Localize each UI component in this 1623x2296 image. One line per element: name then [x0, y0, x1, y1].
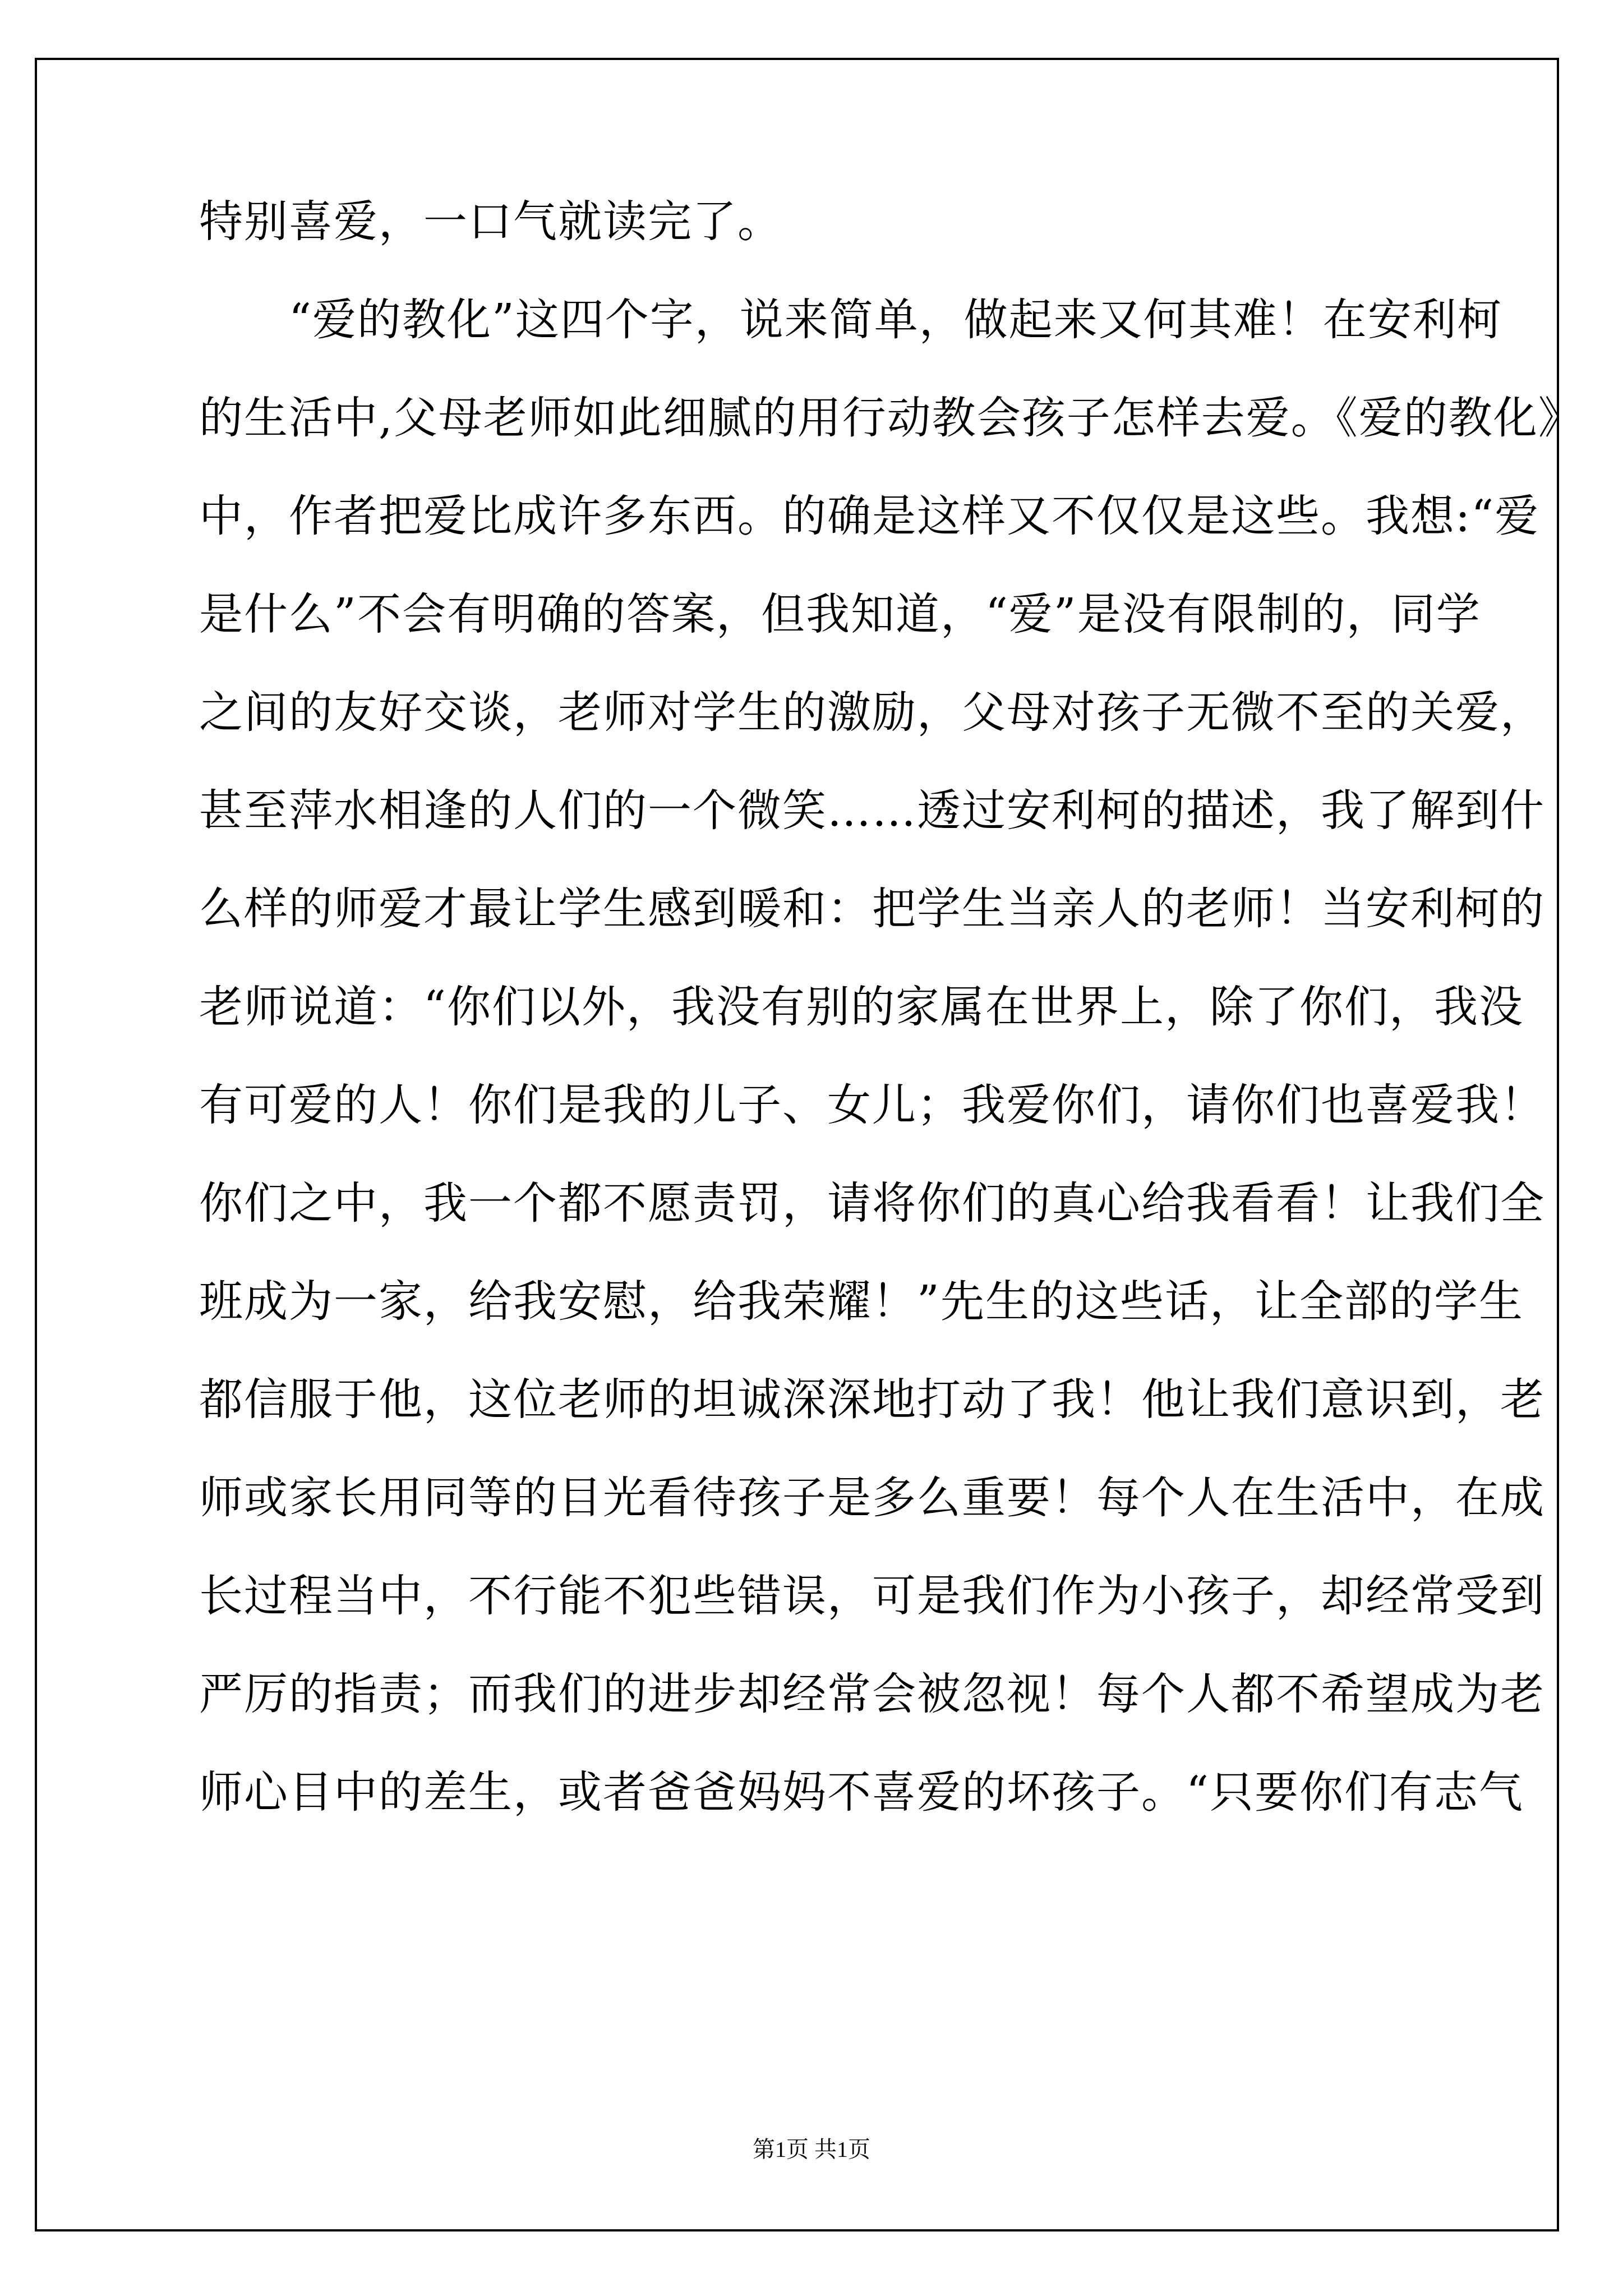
- text-line: 是什么”不会有明确的答案，但我知道，“爱”是没有限制的，同学: [199, 581, 1438, 679]
- text-line: 之间的友好交谈，老师对学生的激励，父母对孩子无微不至的关爱，: [199, 679, 1438, 777]
- text-line: 中，作者把爱比成许多东西。的确是这样又不仅仅是这些。我想:“爱: [199, 483, 1438, 581]
- text-line: 特别喜爱，一口气就读完了。: [199, 188, 1438, 287]
- document-body: 特别喜爱，一口气就读完了。 “爱的教化”这四个字，说来简单，做起来又何其难！在安…: [199, 188, 1438, 1857]
- text-line: 班成为一家，给我安慰，给我荣耀！”先生的这些话，让全部的学生: [199, 1268, 1438, 1366]
- text-line: 甚至萍水相逢的人们的一个微笑……透过安利柯的描述，我了解到什: [199, 777, 1438, 876]
- text-line: 老师说道：“你们以外，我没有别的家属在世界上，除了你们，我没: [199, 974, 1438, 1072]
- text-line: 师或家长用同等的目光看待孩子是多么重要！每个人在生活中，在成: [199, 1465, 1438, 1563]
- page-number-footer: 第1页 共1页: [0, 2132, 1623, 2164]
- text-line: 师心目中的差生，或者爸爸妈妈不喜爱的坏孩子。“只要你们有志气: [199, 1759, 1438, 1857]
- text-line: 都信服于他，这位老师的坦诚深深地打动了我！他让我们意识到，老: [199, 1366, 1438, 1465]
- text-line: 你们之中，我一个都不愿责罚，请将你们的真心给我看看！让我们全: [199, 1170, 1438, 1268]
- text-line: 长过程当中，不行能不犯些错误，可是我们作为小孩子，却经常受到: [199, 1563, 1438, 1661]
- text-line: “爱的教化”这四个字，说来简单，做起来又何其难！在安利柯: [199, 287, 1438, 385]
- text-line: 有可爱的人！你们是我的儿子、女儿；我爱你们，请你们也喜爱我！: [199, 1072, 1438, 1170]
- text-line: 么样的师爱才最让学生感到暖和：把学生当亲人的老师！当安利柯的: [199, 876, 1438, 974]
- text-line: 严厉的指责；而我们的进步却经常会被忽视！每个人都不希望成为老: [199, 1661, 1438, 1759]
- text-line: 的生活中,父母老师如此细腻的用行动教会孩子怎样去爱。《爱的教化》: [199, 385, 1438, 483]
